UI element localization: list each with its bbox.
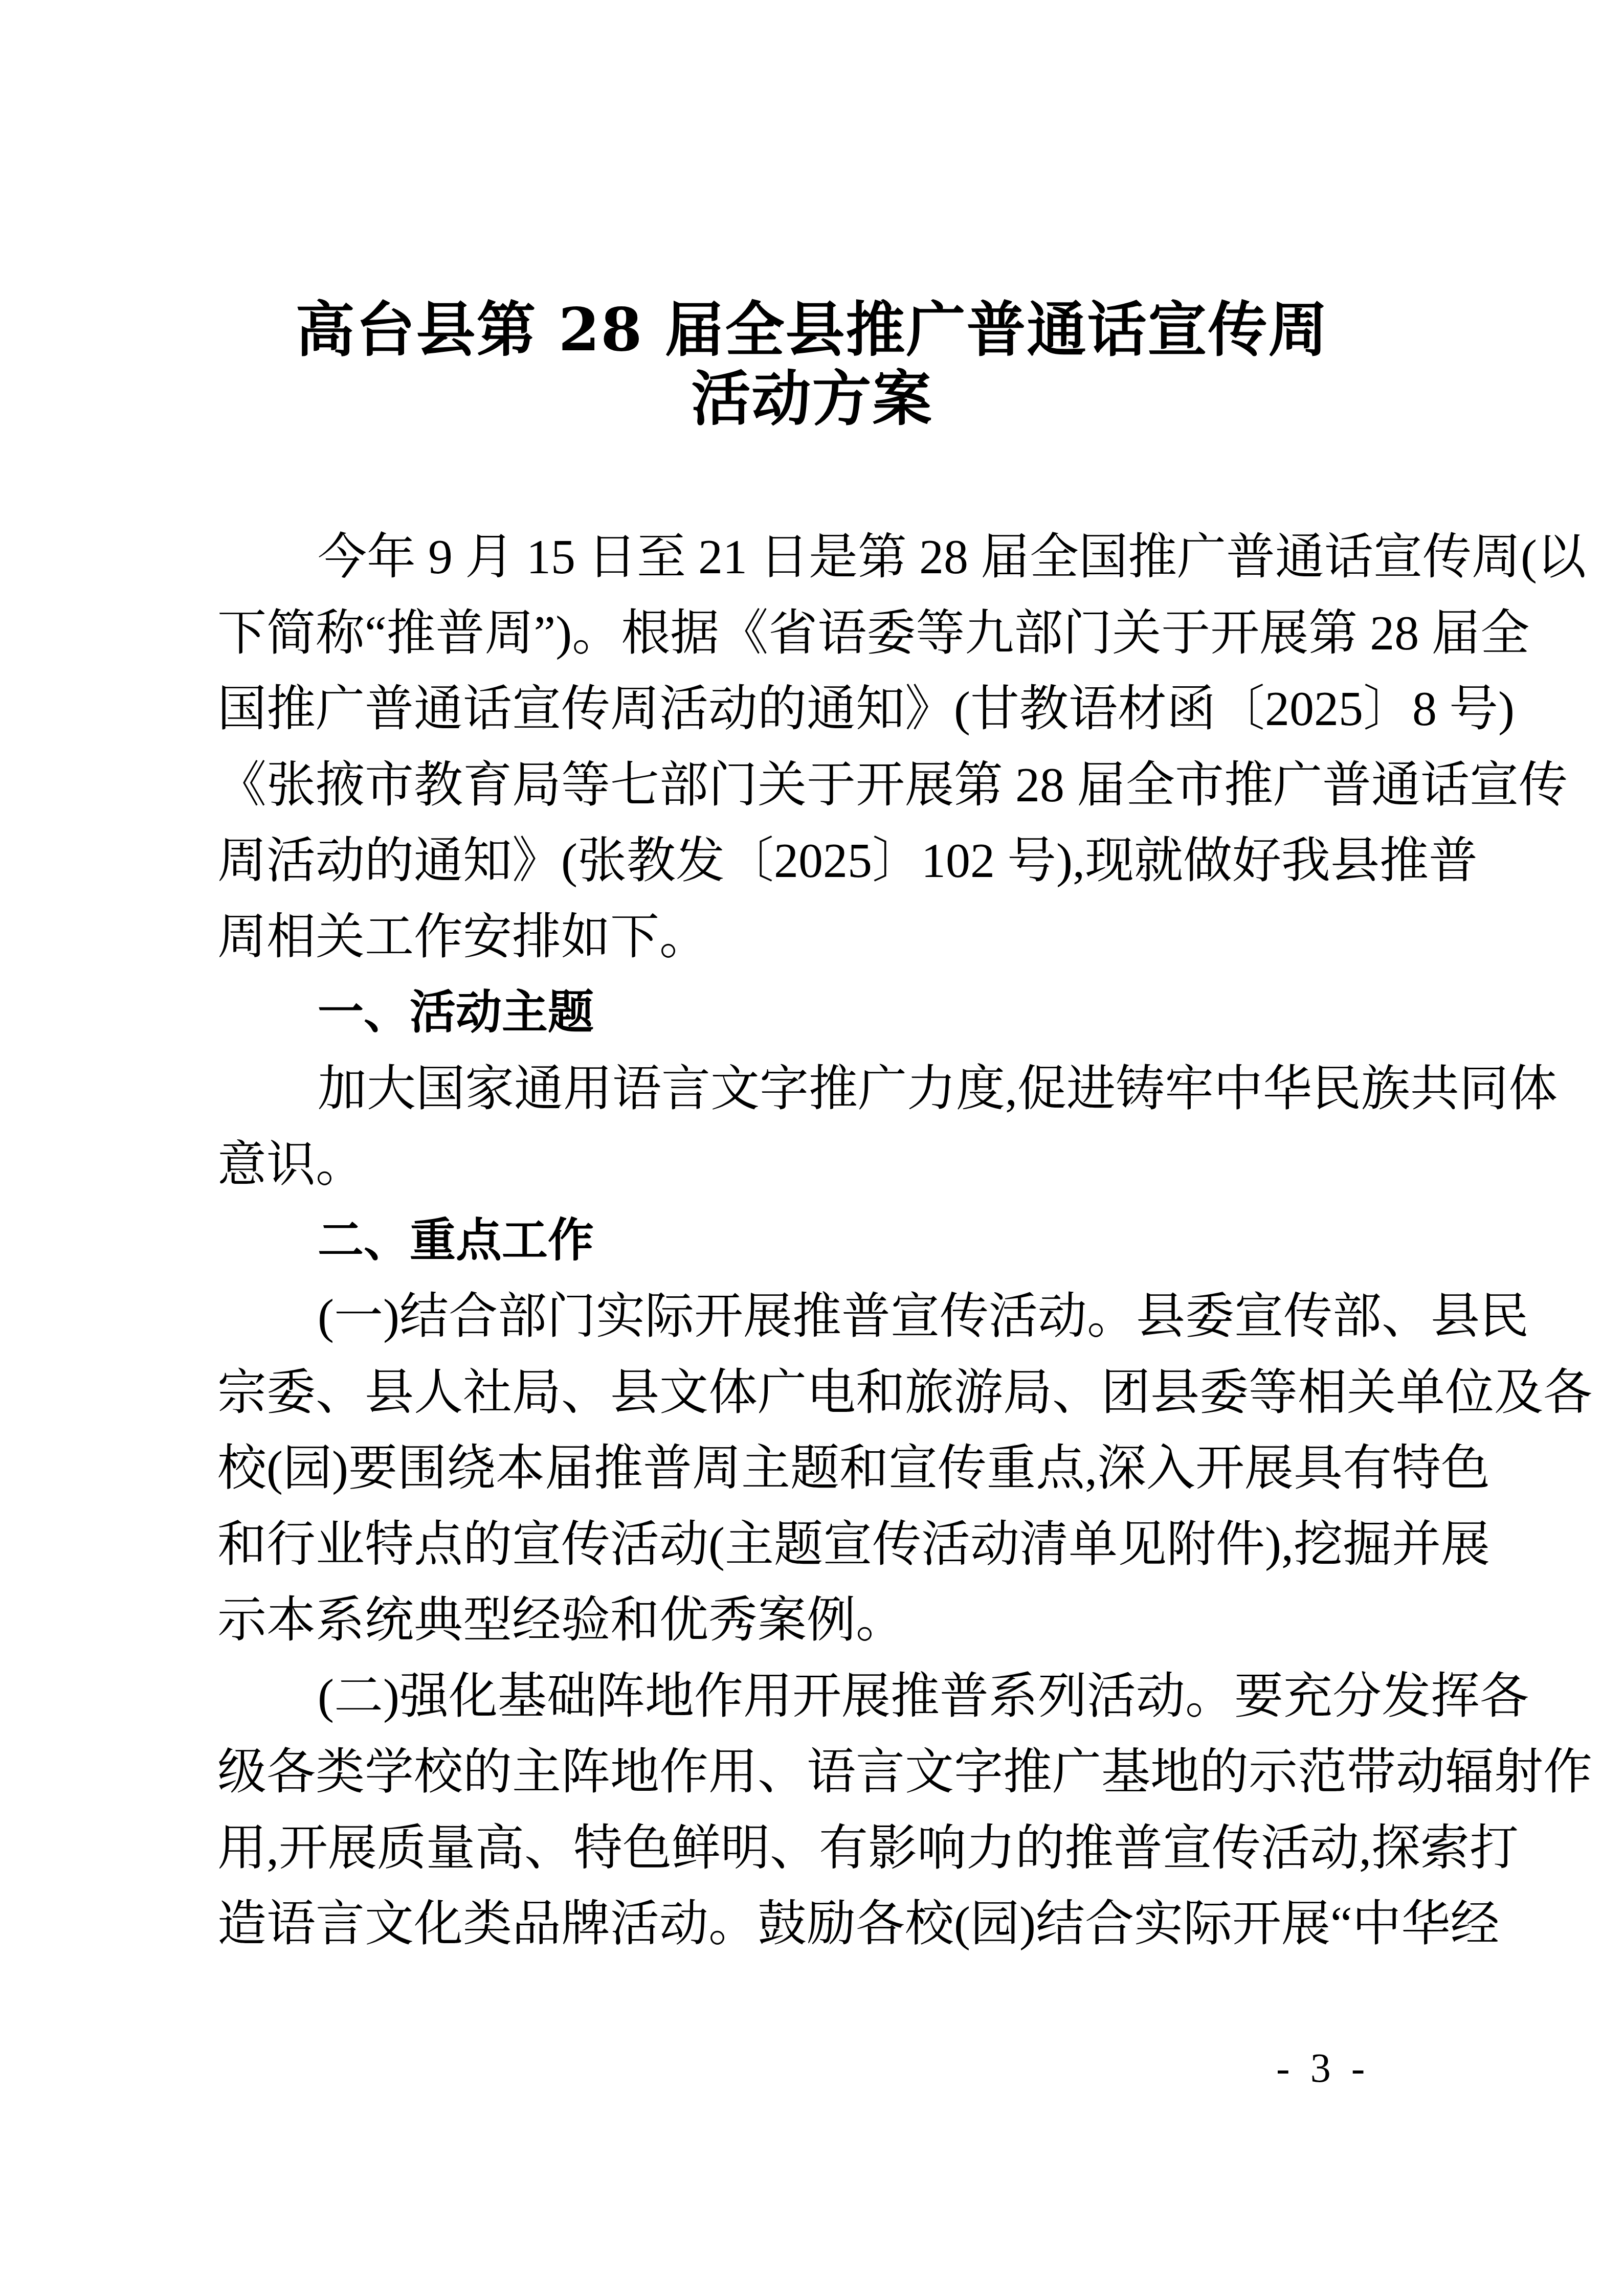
body-line: 宗委、县人社局、县文体广电和旅游局、团县委等相关单位及各 [217,1355,1417,1431]
section-heading-key-work: 二、重点工作 [217,1203,1417,1279]
body-line: 示本系统典型经验和优秀案例。 [217,1582,1417,1658]
section-heading-theme: 一、活动主题 [217,975,1417,1051]
body-line: 级各类学校的主阵地作用、语言文字推广基地的示范带动辐射作 [217,1734,1417,1810]
body-line: 今年 9 月 15 日至 21 日是第 28 届全国推广普通话宣传周(以 [217,519,1417,595]
body-line: 《张掖市教育局等七部门关于开展第 28 届全市推广普通话宣传 [217,747,1417,823]
document-page: 高台县第 28 届全县推广普通话宣传周 活动方案 今年 9 月 15 日至 21… [0,0,1624,2296]
page-number: - 3 - [1276,2045,1370,2092]
body-line: 国推广普通话宣传周活动的通知》(甘教语材函〔2025〕8 号) [217,671,1417,747]
body-line: 下简称“推普周”)。根据《省语委等九部门关于开展第 28 届全 [217,595,1417,671]
body-line: 造语言文化类品牌活动。鼓励各校(园)结合实际开展“中华经 [217,1886,1417,1962]
document-title-line-2: 活动方案 [0,366,1624,432]
body-line: (二)强化基础阵地作用开展推普系列活动。要充分发挥各 [217,1658,1417,1735]
body-line: 周活动的通知》(张教发〔2025〕102 号),现就做好我县推普 [217,823,1417,899]
body-line: 周相关工作安排如下。 [217,899,1417,975]
document-title-line-1: 高台县第 28 届全县推广普通话宣传周 [0,297,1624,363]
body-line: 和行业特点的宣传活动(主题宣传活动清单见附件),挖掘并展 [217,1506,1417,1583]
document-body: 今年 9 月 15 日至 21 日是第 28 届全国推广普通话宣传周(以 下简称… [217,519,1417,1962]
body-line: 用,开展质量高、特色鲜明、有影响力的推普宣传活动,探索打 [217,1810,1417,1886]
body-line: 意识。 [217,1127,1417,1203]
body-line: 校(园)要围绕本届推普周主题和宣传重点,深入开展具有特色 [217,1430,1417,1506]
body-line: (一)结合部门实际开展推普宣传活动。县委宣传部、县民 [217,1278,1417,1355]
body-line: 加大国家通用语言文字推广力度,促进铸牢中华民族共同体 [217,1051,1417,1127]
